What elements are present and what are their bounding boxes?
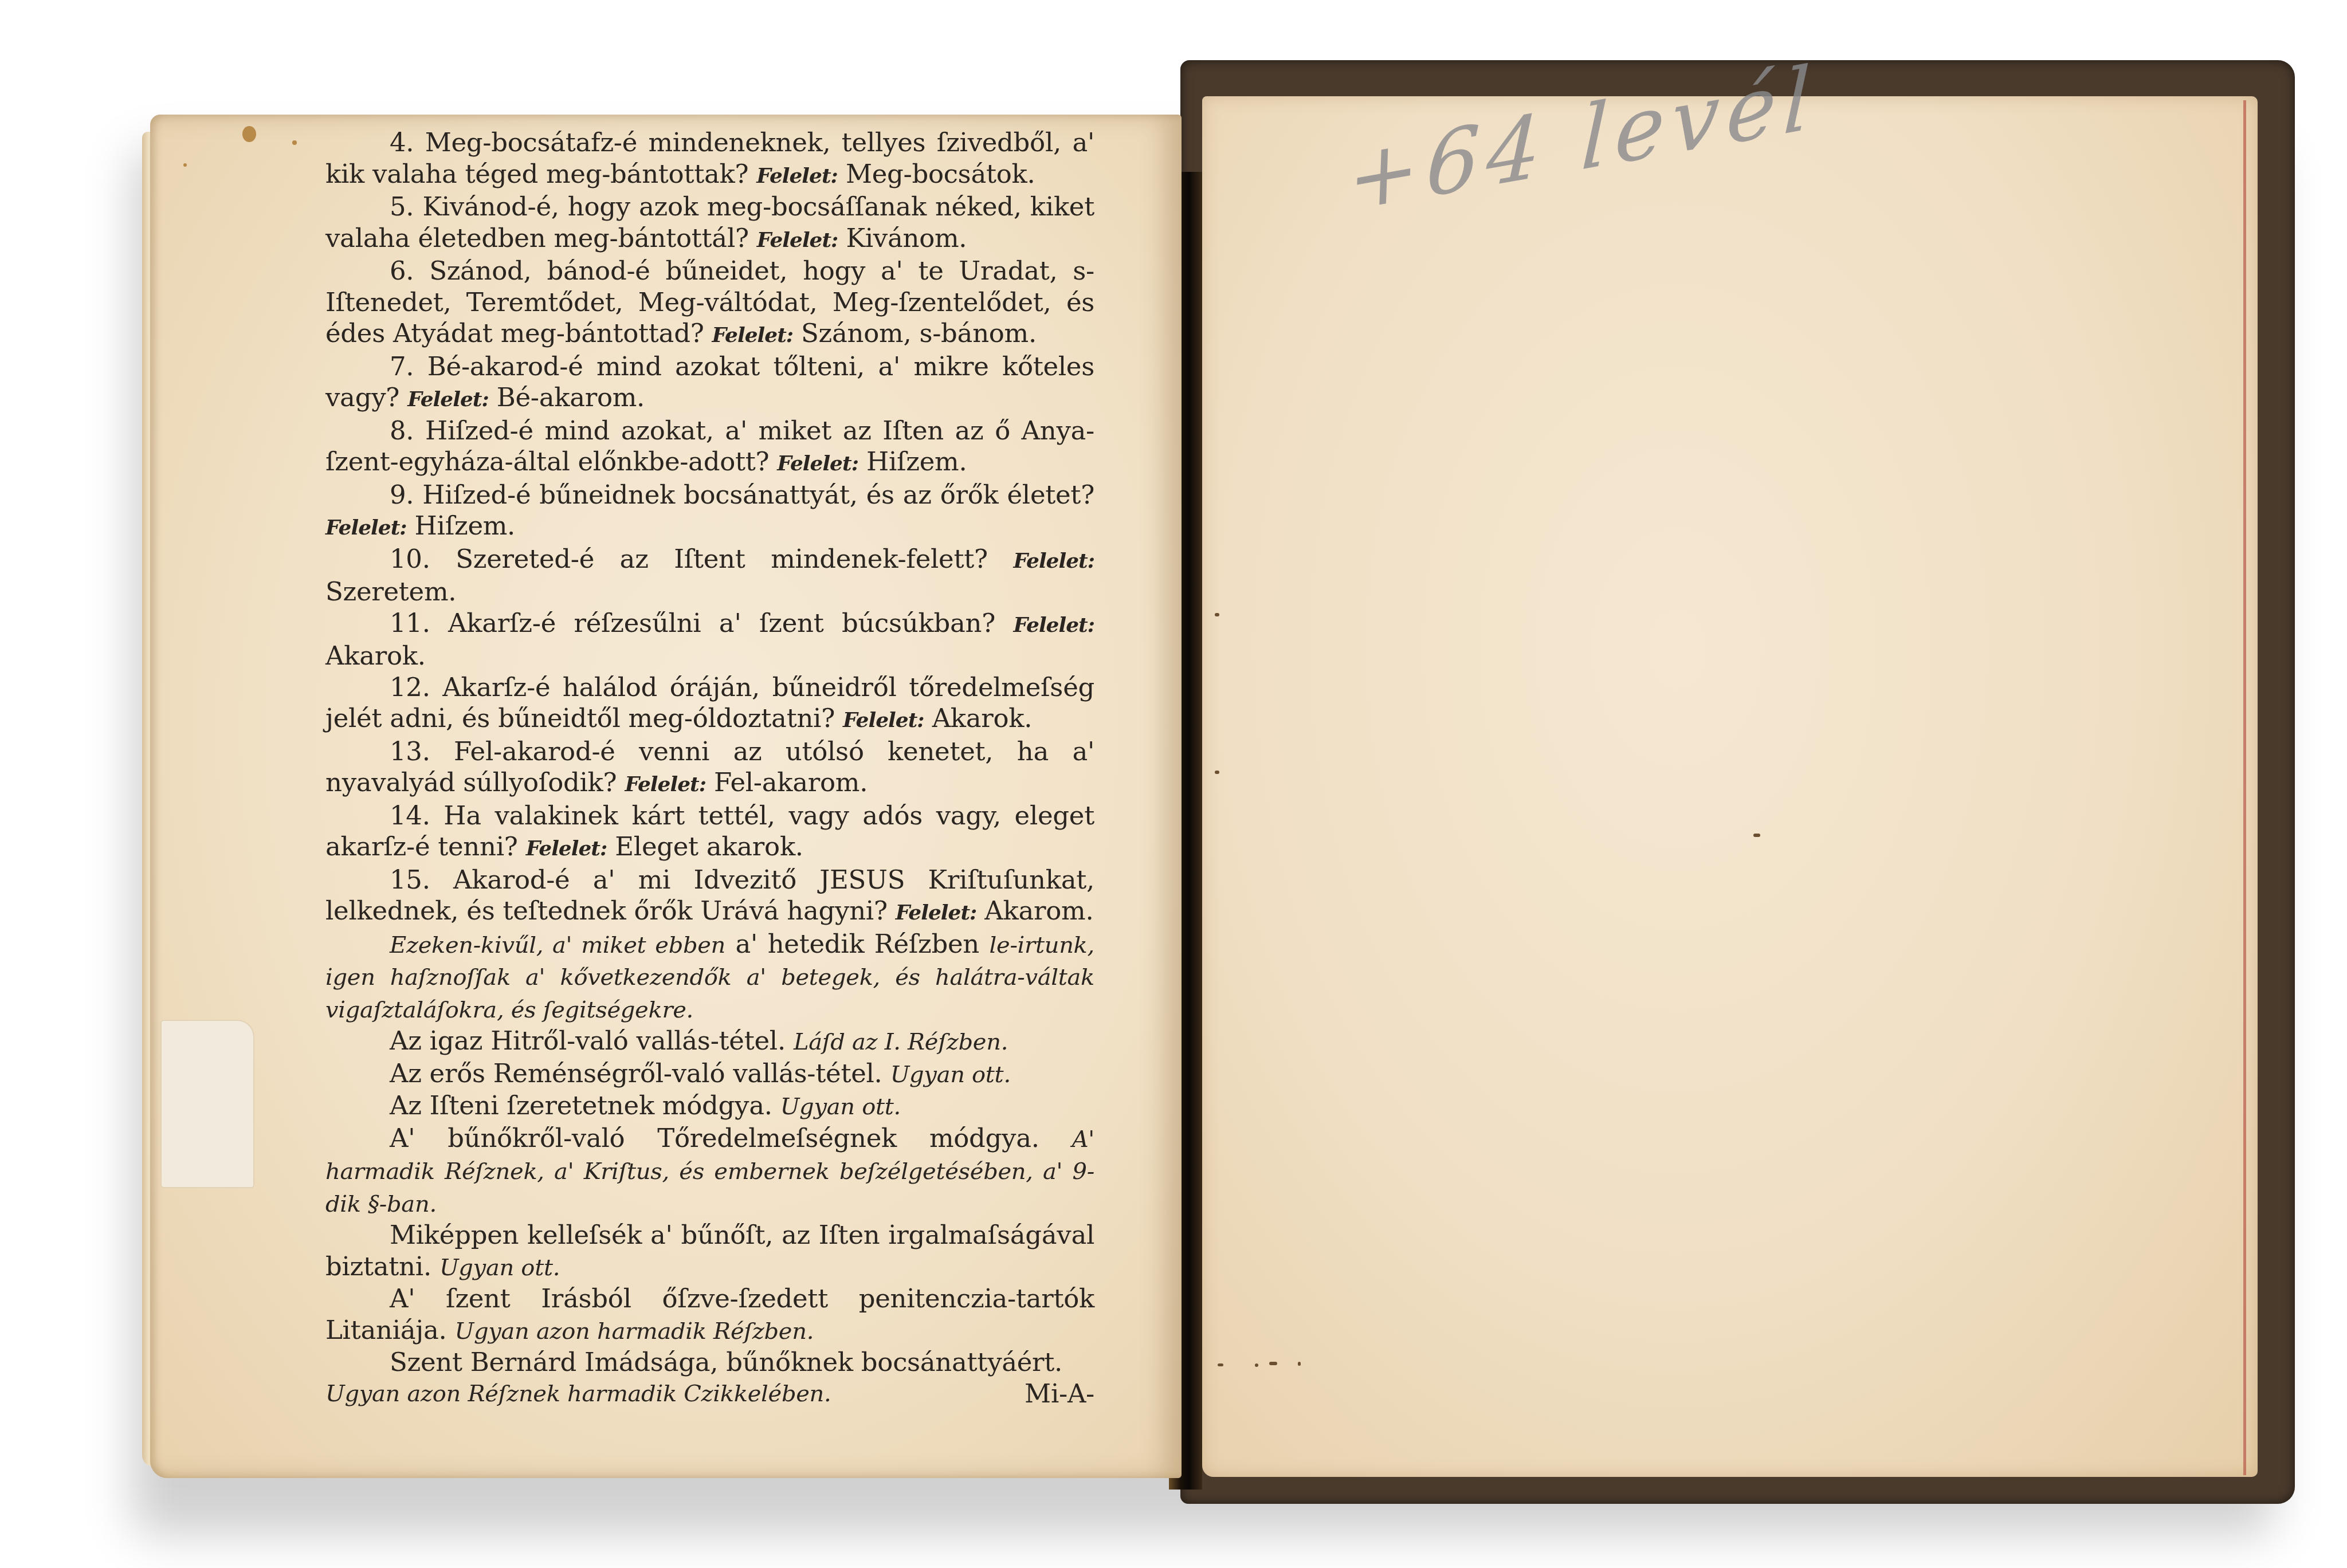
question-12: 12. Akarſz-é halálod óráján, bűneidről t…: [325, 672, 1094, 736]
question-8: 8. Hiſzed-é mind azokat, a' miket az Iſt…: [325, 415, 1094, 480]
page-speck: [1255, 1363, 1258, 1367]
page-speck: [1298, 1362, 1301, 1366]
final-reference: Ugyan azon Réſznek harmadik Czikkelében.: [325, 1378, 831, 1410]
catchword: Mi-A-: [1025, 1378, 1094, 1410]
reference-item: Az igaz Hitről-való vallás-tétel. Láſd a…: [325, 1025, 1094, 1058]
reference-item: Az Iſteni ſzeretetnek módgya. Ugyan ott.: [325, 1090, 1094, 1123]
page-speck: [1218, 1363, 1223, 1366]
question-4: 4. Meg-bocsátafz-é mindeneknek, tellyes …: [325, 127, 1094, 191]
right-blank-page: [1202, 96, 2258, 1477]
reference-item: A' bűnőkről-való Tőredelmeſségnek módgya…: [325, 1123, 1094, 1220]
closing-note: Ezeken-kivűl, a' miket ebben a' hetedik …: [325, 929, 1094, 1026]
question-14: 14. Ha valakinek kárt tettél, vagy adós …: [325, 800, 1094, 864]
red-page-edge: [2243, 100, 2246, 1475]
reference-item: Az erős Reménségről-való vallás-tétel. U…: [325, 1058, 1094, 1091]
paper-repair-patch: [160, 1020, 254, 1188]
question-13: 13. Fel-akarod-é venni az utólsó kenetet…: [325, 736, 1094, 800]
question-6: 6. Szánod, bánod-é bűneidet, hogy a' te …: [325, 256, 1094, 351]
reference-item: A' ſzent Irásból őſzve-ſzedett penitencz…: [325, 1283, 1094, 1347]
foxing-spot: [183, 163, 187, 167]
question-10: 10. Szereted-é az Iſtent mindenek-felett…: [325, 544, 1094, 608]
page-speck: [1753, 834, 1760, 837]
foxing-spot: [292, 140, 297, 145]
question-7: 7. Bé-akarod-é mind azokat tőlteni, a' m…: [325, 351, 1094, 415]
reference-item: Szent Bernárd Imádsága, bűnőknek bocsána…: [325, 1347, 1094, 1378]
foxing-spot: [242, 126, 256, 142]
page-footer-line: Ugyan azon Réſznek harmadik Czikkelében.…: [325, 1378, 1094, 1410]
page-speck: [1215, 771, 1219, 774]
question-11: 11. Akarſz-é réſzesűlni a' ſzent búcsúkb…: [325, 608, 1094, 672]
question-5: 5. Kivánod-é, hogy azok meg-bocsáſſanak …: [325, 191, 1094, 256]
question-15: 15. Akarod-é a' mi Idvezitő JESUS Kriſtu…: [325, 864, 1094, 929]
reference-item: Miképpen kelleſsék a' bűnőſt, az Iſten i…: [325, 1220, 1094, 1283]
page-speck: [1215, 613, 1219, 616]
printed-text-block: 4. Meg-bocsátafz-é mindeneknek, tellyes …: [325, 127, 1094, 1409]
page-speck: [1269, 1362, 1277, 1365]
question-9: 9. Hiſzed-é bűneidnek bocsánattyát, és a…: [325, 480, 1094, 544]
